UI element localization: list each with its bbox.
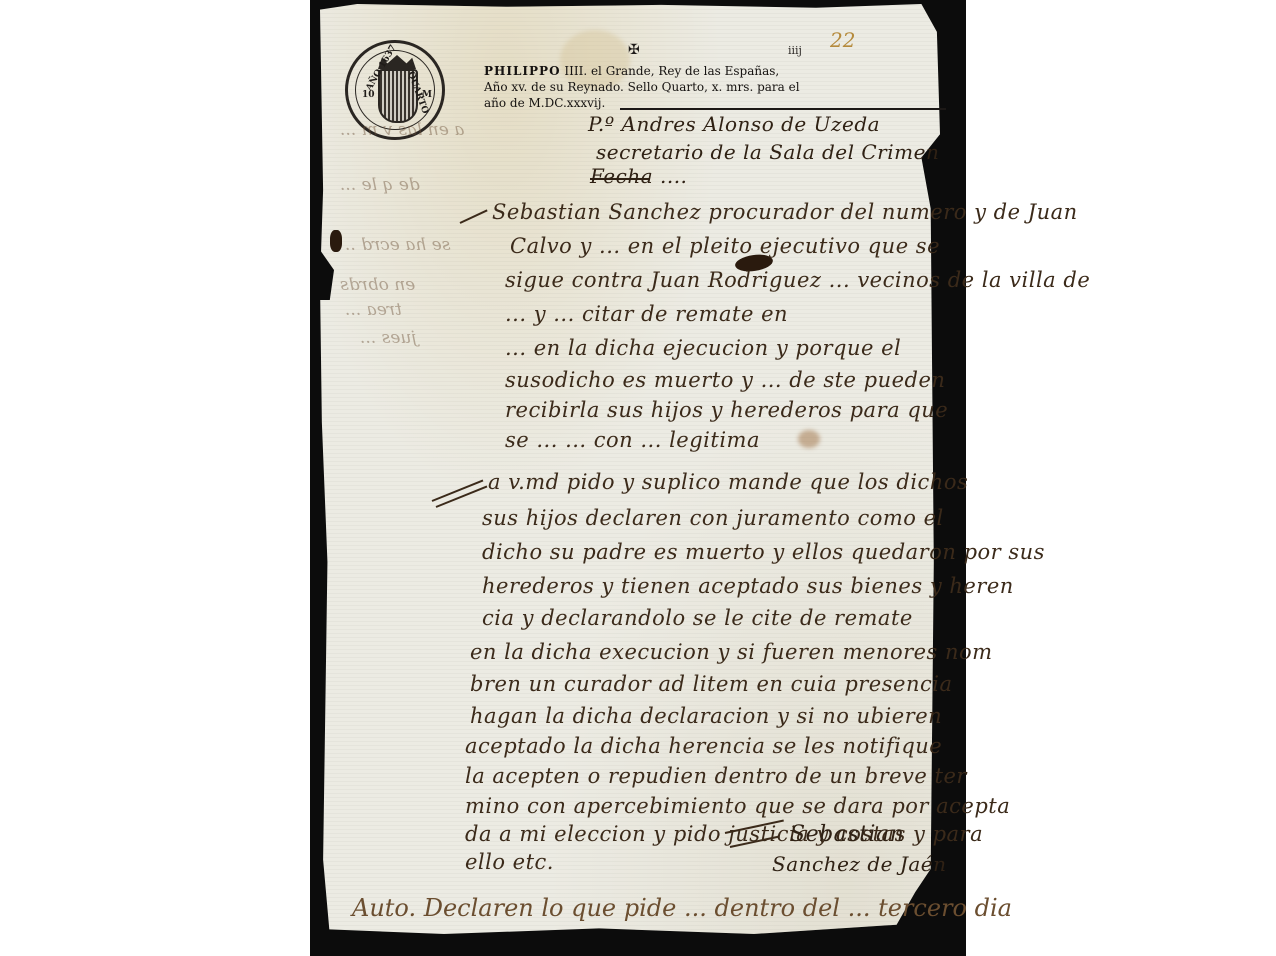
- printed-header-line-3: año de M.DC.xxxvij.: [484, 96, 605, 110]
- petition-line: cia y declarandolo se le cite de remate: [482, 606, 913, 630]
- printed-header-line-2: Año xv. de su Reynado. Sello Quarto, x. …: [484, 80, 800, 94]
- petition-line: sus hijos declaren con juramento como el: [482, 506, 944, 530]
- petition-line: a v.md pido y suplico mande que los dich…: [488, 470, 968, 494]
- seal-value-left: 10: [362, 90, 375, 100]
- body-line: Calvo y ... en el pleito ejecutivo que s…: [510, 234, 940, 258]
- bleed-through-text: a en las v m ...: [340, 120, 464, 140]
- signature-line: Sebastian: [790, 822, 904, 847]
- heading-line: secretario de la Sala del Crimen: [596, 140, 939, 164]
- bleed-through-text: se ha ecrd ..: [345, 235, 450, 255]
- petition-line: ello etc.: [465, 850, 554, 874]
- petition-line: aceptado la dicha herencia se les notifi…: [465, 734, 942, 758]
- petition-line: da a mi eleccion y pido justicia y costa…: [465, 822, 983, 846]
- body-line: se ... ... con ... legitima: [505, 428, 760, 452]
- ink-blot: [330, 230, 342, 252]
- page-number: 22: [830, 28, 855, 52]
- bleed-through-text: jues ...: [360, 328, 417, 348]
- body-line: recibirla sus hijos y herederos para que: [505, 398, 948, 422]
- petition-line: herederos y tienen aceptado sus bienes y…: [482, 574, 1014, 598]
- body-line: ... y ... citar de remate en: [505, 302, 788, 326]
- petition-line: mino con apercebimiento que se dara por …: [465, 794, 1010, 818]
- cross-icon: ✠: [628, 42, 640, 58]
- bleed-through-text: trea ...: [345, 300, 402, 320]
- seal-value-right: M: [422, 90, 432, 100]
- folio-mark: iiij: [788, 44, 802, 57]
- bleed-through-text: en obrds: [340, 275, 415, 295]
- petition-line: la acepten o repudien dentro de un breve…: [465, 764, 967, 788]
- ink-stain: [798, 430, 820, 448]
- bleed-through-text: de q le ...: [340, 175, 420, 195]
- printed-header-line-1: PHILIPPO IIII. el Grande, Rey de las Esp…: [484, 64, 779, 78]
- petition-line: bren un curador ad litem en cuia presenc…: [470, 672, 952, 696]
- body-line: ... en la dicha ejecucion y porque el: [505, 336, 901, 360]
- signature-line: Sanchez de Jaén: [772, 852, 946, 876]
- body-line: sigue contra Juan Rodriguez ... vecinos …: [505, 268, 1090, 292]
- heading-line: Fecha ....: [590, 164, 687, 188]
- bottom-annotation: Auto. Declaren lo que pide ... dentro de…: [352, 894, 1012, 922]
- heading-line: P.º Andres Alonso de Uzeda: [588, 112, 880, 136]
- king-title: IIII. el Grande, Rey de las Españas,: [564, 64, 779, 78]
- petition-line: en la dicha execucion y si fueren menore…: [470, 640, 993, 664]
- heading-underline: [590, 178, 650, 180]
- body-line: susodicho es muerto y ... de ste pueden: [505, 368, 945, 392]
- body-line: Sebastian Sanchez procurador del numero …: [492, 200, 1078, 224]
- petition-line: dicho su padre es muerto y ellos quedaro…: [482, 540, 1045, 564]
- king-name: PHILIPPO: [484, 64, 561, 78]
- petition-line: hagan la dicha declaracion y si no ubier…: [470, 704, 942, 728]
- header-rule: [620, 108, 946, 110]
